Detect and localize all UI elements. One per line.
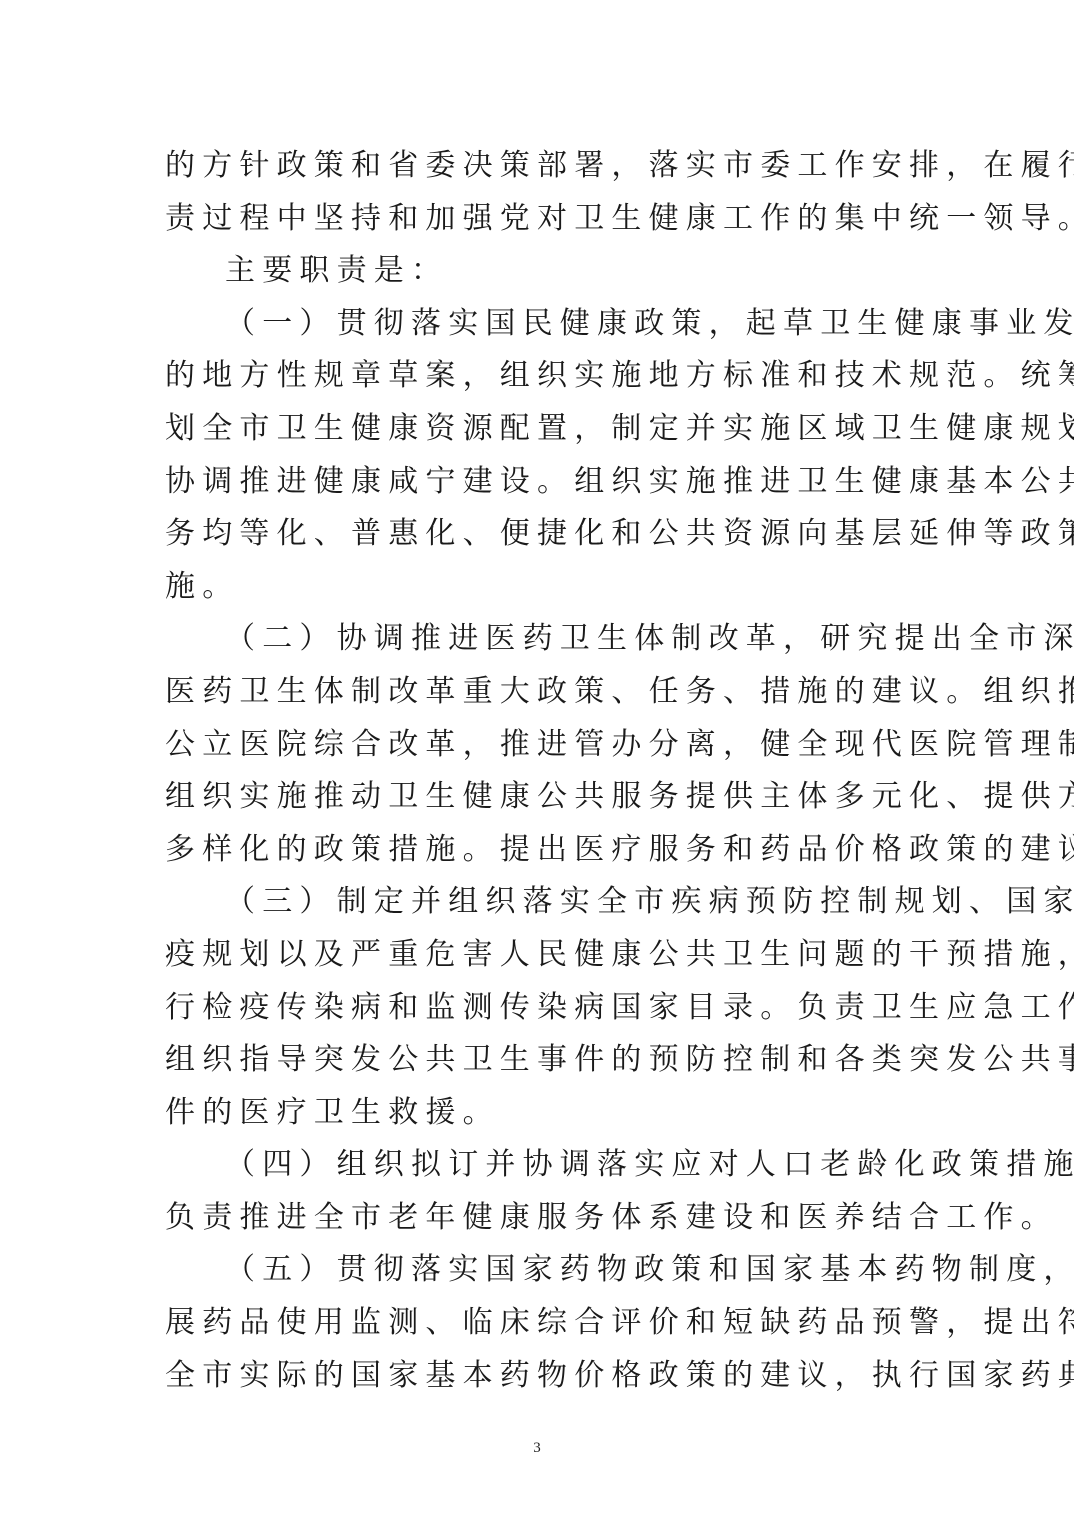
text-line: 的方针政策和省委决策部署，落实市委工作安排，在履行职 (165, 140, 913, 193)
text-line: 多样化的政策措施。提出医疗服务和药品价格政策的建议。 (165, 824, 913, 877)
text-line: 组织实施推动卫生健康公共服务提供主体多元化、提供方式 (165, 771, 913, 824)
text-line: 务均等化、普惠化、便捷化和公共资源向基层延伸等政策措 (165, 508, 913, 561)
text-line: 负责推进全市老年健康服务体系建设和医养结合工作。 (165, 1192, 913, 1245)
paragraph-start: （四）组织拟订并协调落实应对人口老龄化政策措施， (165, 1139, 913, 1192)
text-line: 施。 (165, 561, 913, 614)
text-line: 展药品使用监测、临床综合评价和短缺药品预警，提出符合 (165, 1297, 913, 1350)
text-line: 划全市卫生健康资源配置，制定并实施区域卫生健康规划。 (165, 403, 913, 456)
text-line: 件的医疗卫生救援。 (165, 1087, 913, 1140)
page-number: 3 (0, 1440, 1074, 1457)
section-heading: 主要职责是： (165, 245, 913, 298)
text-line: 责过程中坚持和加强党对卫生健康工作的集中统一领导。 (165, 193, 913, 246)
paragraph-start: （一）贯彻落实国民健康政策，起草卫生健康事业发展 (165, 298, 913, 351)
paragraph-start: （二）协调推进医药卫生体制改革，研究提出全市深化 (165, 613, 913, 666)
text-line: 行检疫传染病和监测传染病国家目录。负责卫生应急工作， (165, 982, 913, 1035)
text-line: 公立医院综合改革，推进管办分离，健全现代医院管理制度， (165, 719, 913, 772)
text-line: 协调推进健康咸宁建设。组织实施推进卫生健康基本公共服 (165, 456, 913, 509)
text-line: 医药卫生体制改革重大政策、任务、措施的建议。组织推进 (165, 666, 913, 719)
text-line: 组织指导突发公共卫生事件的预防控制和各类突发公共事 (165, 1034, 913, 1087)
document-page-body: 的方针政策和省委决策部署，落实市委工作安排，在履行职 责过程中坚持和加强党对卫生… (165, 140, 913, 1402)
paragraph-start: （五）贯彻落实国家药物政策和国家基本药物制度，开 (165, 1244, 913, 1297)
text-line: 疫规划以及严重危害人民健康公共卫生问题的干预措施，执 (165, 929, 913, 982)
text-line: 全市实际的国家基本药物价格政策的建议，执行国家药典。 (165, 1350, 913, 1403)
text-line: 的地方性规章草案，组织实施地方标准和技术规范。统筹规 (165, 350, 913, 403)
paragraph-start: （三）制定并组织落实全市疾病预防控制规划、国家免 (165, 876, 913, 929)
